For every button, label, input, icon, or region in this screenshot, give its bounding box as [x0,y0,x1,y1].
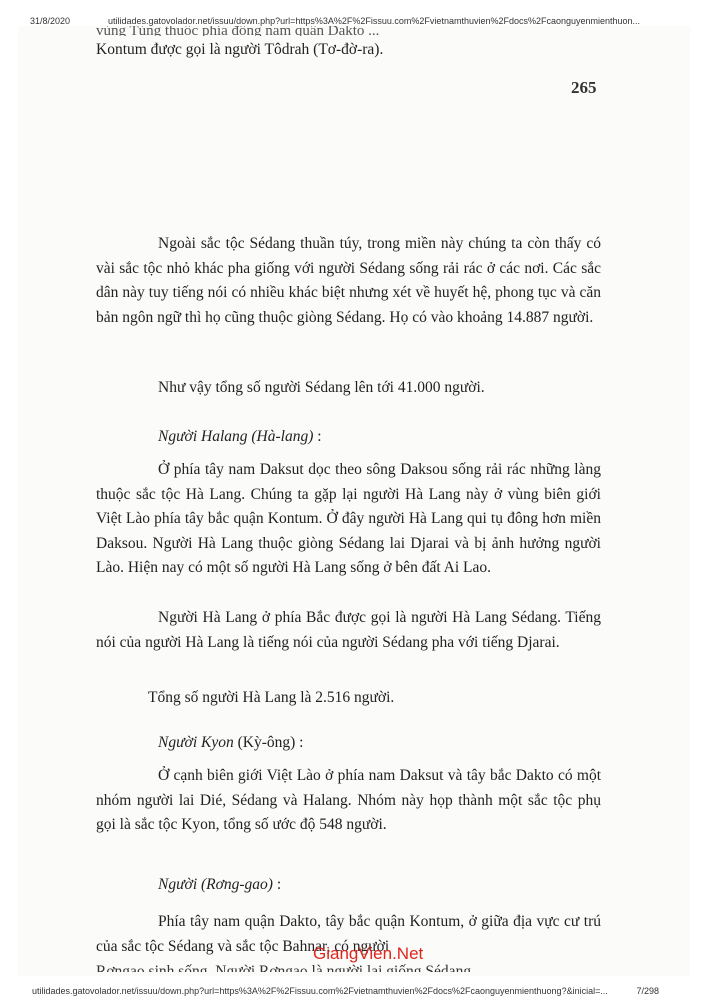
footer-url: utilidades.gatovolador.net/issuu/down.ph… [32,986,608,996]
heading-kyon-title: Người Kyon [158,734,234,751]
page-number: 265 [571,78,597,98]
cutoff-top-line: vùng Tùng thuộc phía đông nam quận Dakto… [96,26,379,36]
heading-halang: Người Halang (Hà-lang) : [158,428,322,446]
heading-halang-title: Người Halang (Hà-lang) [158,428,313,445]
print-date: 31/8/2020 [30,16,70,26]
heading-kyon-suffix: (Kỳ-ông) : [234,734,304,751]
paragraph-sedang-subgroups: Ngoài sắc tộc Sédang thuần túy, trong mi… [96,232,601,330]
footer-page-count: 7/298 [636,986,659,996]
top-line: Kontum được gọi là người Tôdrah (Tơ-đờ-r… [96,38,601,62]
print-url: utilidades.gatovolador.net/issuu/down.ph… [108,16,640,26]
heading-rongao-title: Người (Rơng-gao) [158,876,273,893]
paragraph-halang-total: Tổng số người Hà Lang là 2.516 người. [96,686,601,711]
heading-rongao-colon: : [273,876,281,893]
watermark: GiangVien.Net [313,944,423,964]
heading-rongao: Người (Rơng-gao) : [158,876,281,894]
heading-halang-colon: : [313,428,321,445]
paragraph-sedang-total: Như vậy tổng số người Sédang lên tới 41.… [96,376,601,401]
paragraph-halang-language: Người Hà Lang ở phía Bắc được gọi là ngư… [96,606,601,655]
heading-kyon: Người Kyon (Kỳ-ông) : [158,734,303,752]
paragraph-halang-location: Ở phía tây nam Daksut dọc theo sông Daks… [96,458,601,581]
paragraph-kyon: Ở cạnh biên giới Việt Lào ở phía nam Dak… [96,764,601,838]
